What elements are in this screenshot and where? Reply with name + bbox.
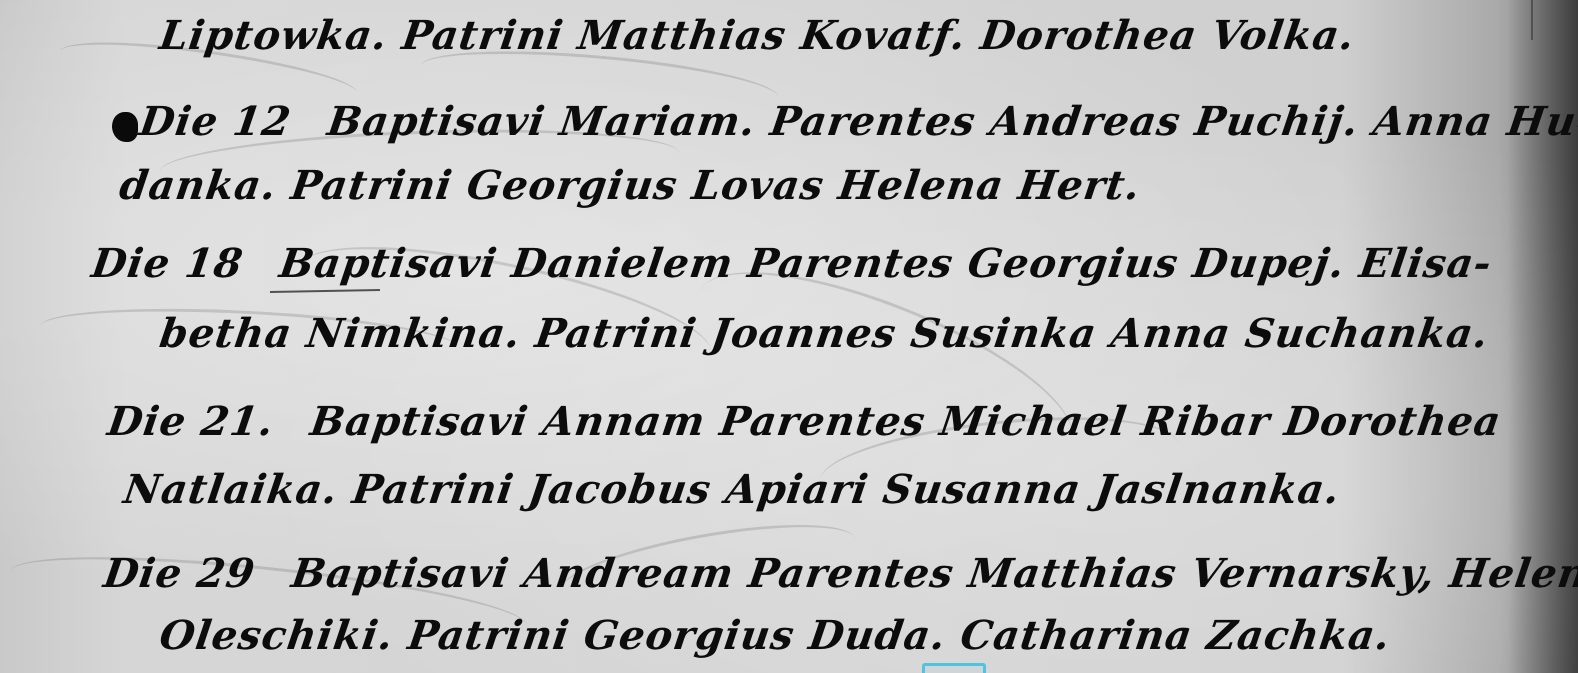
line-text: Baptisavi Mariam. Parentes Andreas Puchi… bbox=[325, 98, 1578, 145]
scanned-register-page: Liptowka. Patrini Matthias Kovatf. Dorot… bbox=[0, 0, 1578, 673]
register-line-4: Die 18 Baptisavi Danielem Parentes Georg… bbox=[89, 240, 1495, 287]
line-text: Oleschiki. Patrini Georgius Duda. Cathar… bbox=[157, 612, 1394, 659]
entry-date: Die 18 bbox=[89, 240, 247, 287]
entry-date: Die 21. bbox=[105, 398, 277, 445]
register-line-6: Die 21. Baptisavi Annam Parentes Michael… bbox=[105, 398, 1505, 445]
line-text: Baptisavi Annam Parentes Michael Ribar D… bbox=[307, 398, 1504, 445]
register-line-7: Natlaika. Patrini Jacobus Apiari Susanna… bbox=[121, 466, 1344, 513]
entry-date: Die 29 bbox=[101, 550, 259, 597]
entry-date: Die 12 bbox=[137, 98, 295, 145]
line-text: Baptisavi Andream Parentes Matthias Vern… bbox=[289, 550, 1578, 597]
line-text: Natlaika. Patrini Jacobus Apiari Susanna… bbox=[121, 466, 1344, 513]
line-text: Baptisavi Danielem Parentes Georgius Dup… bbox=[277, 240, 1495, 287]
register-line-3: danka. Patrini Georgius Lovas Helena Her… bbox=[117, 162, 1144, 209]
line-text: betha Nimkina. Patrini Joannes Susinka A… bbox=[157, 310, 1492, 357]
register-line-1: Liptowka. Patrini Matthias Kovatf. Dorot… bbox=[157, 12, 1358, 59]
register-line-9: Oleschiki. Patrini Georgius Duda. Cathar… bbox=[157, 612, 1394, 659]
register-line-2: Die 12 Baptisavi Mariam. Parentes Andrea… bbox=[137, 98, 1578, 145]
selection-highlight-box[interactable] bbox=[922, 663, 986, 673]
register-line-8: Die 29 Baptisavi Andream Parentes Matthi… bbox=[101, 550, 1578, 597]
line-text: Liptowka. Patrini Matthias Kovatf. Dorot… bbox=[157, 12, 1358, 59]
register-line-5: betha Nimkina. Patrini Joannes Susinka A… bbox=[157, 310, 1492, 357]
line-text: danka. Patrini Georgius Lovas Helena Her… bbox=[117, 162, 1144, 209]
ink-blot bbox=[112, 112, 138, 142]
